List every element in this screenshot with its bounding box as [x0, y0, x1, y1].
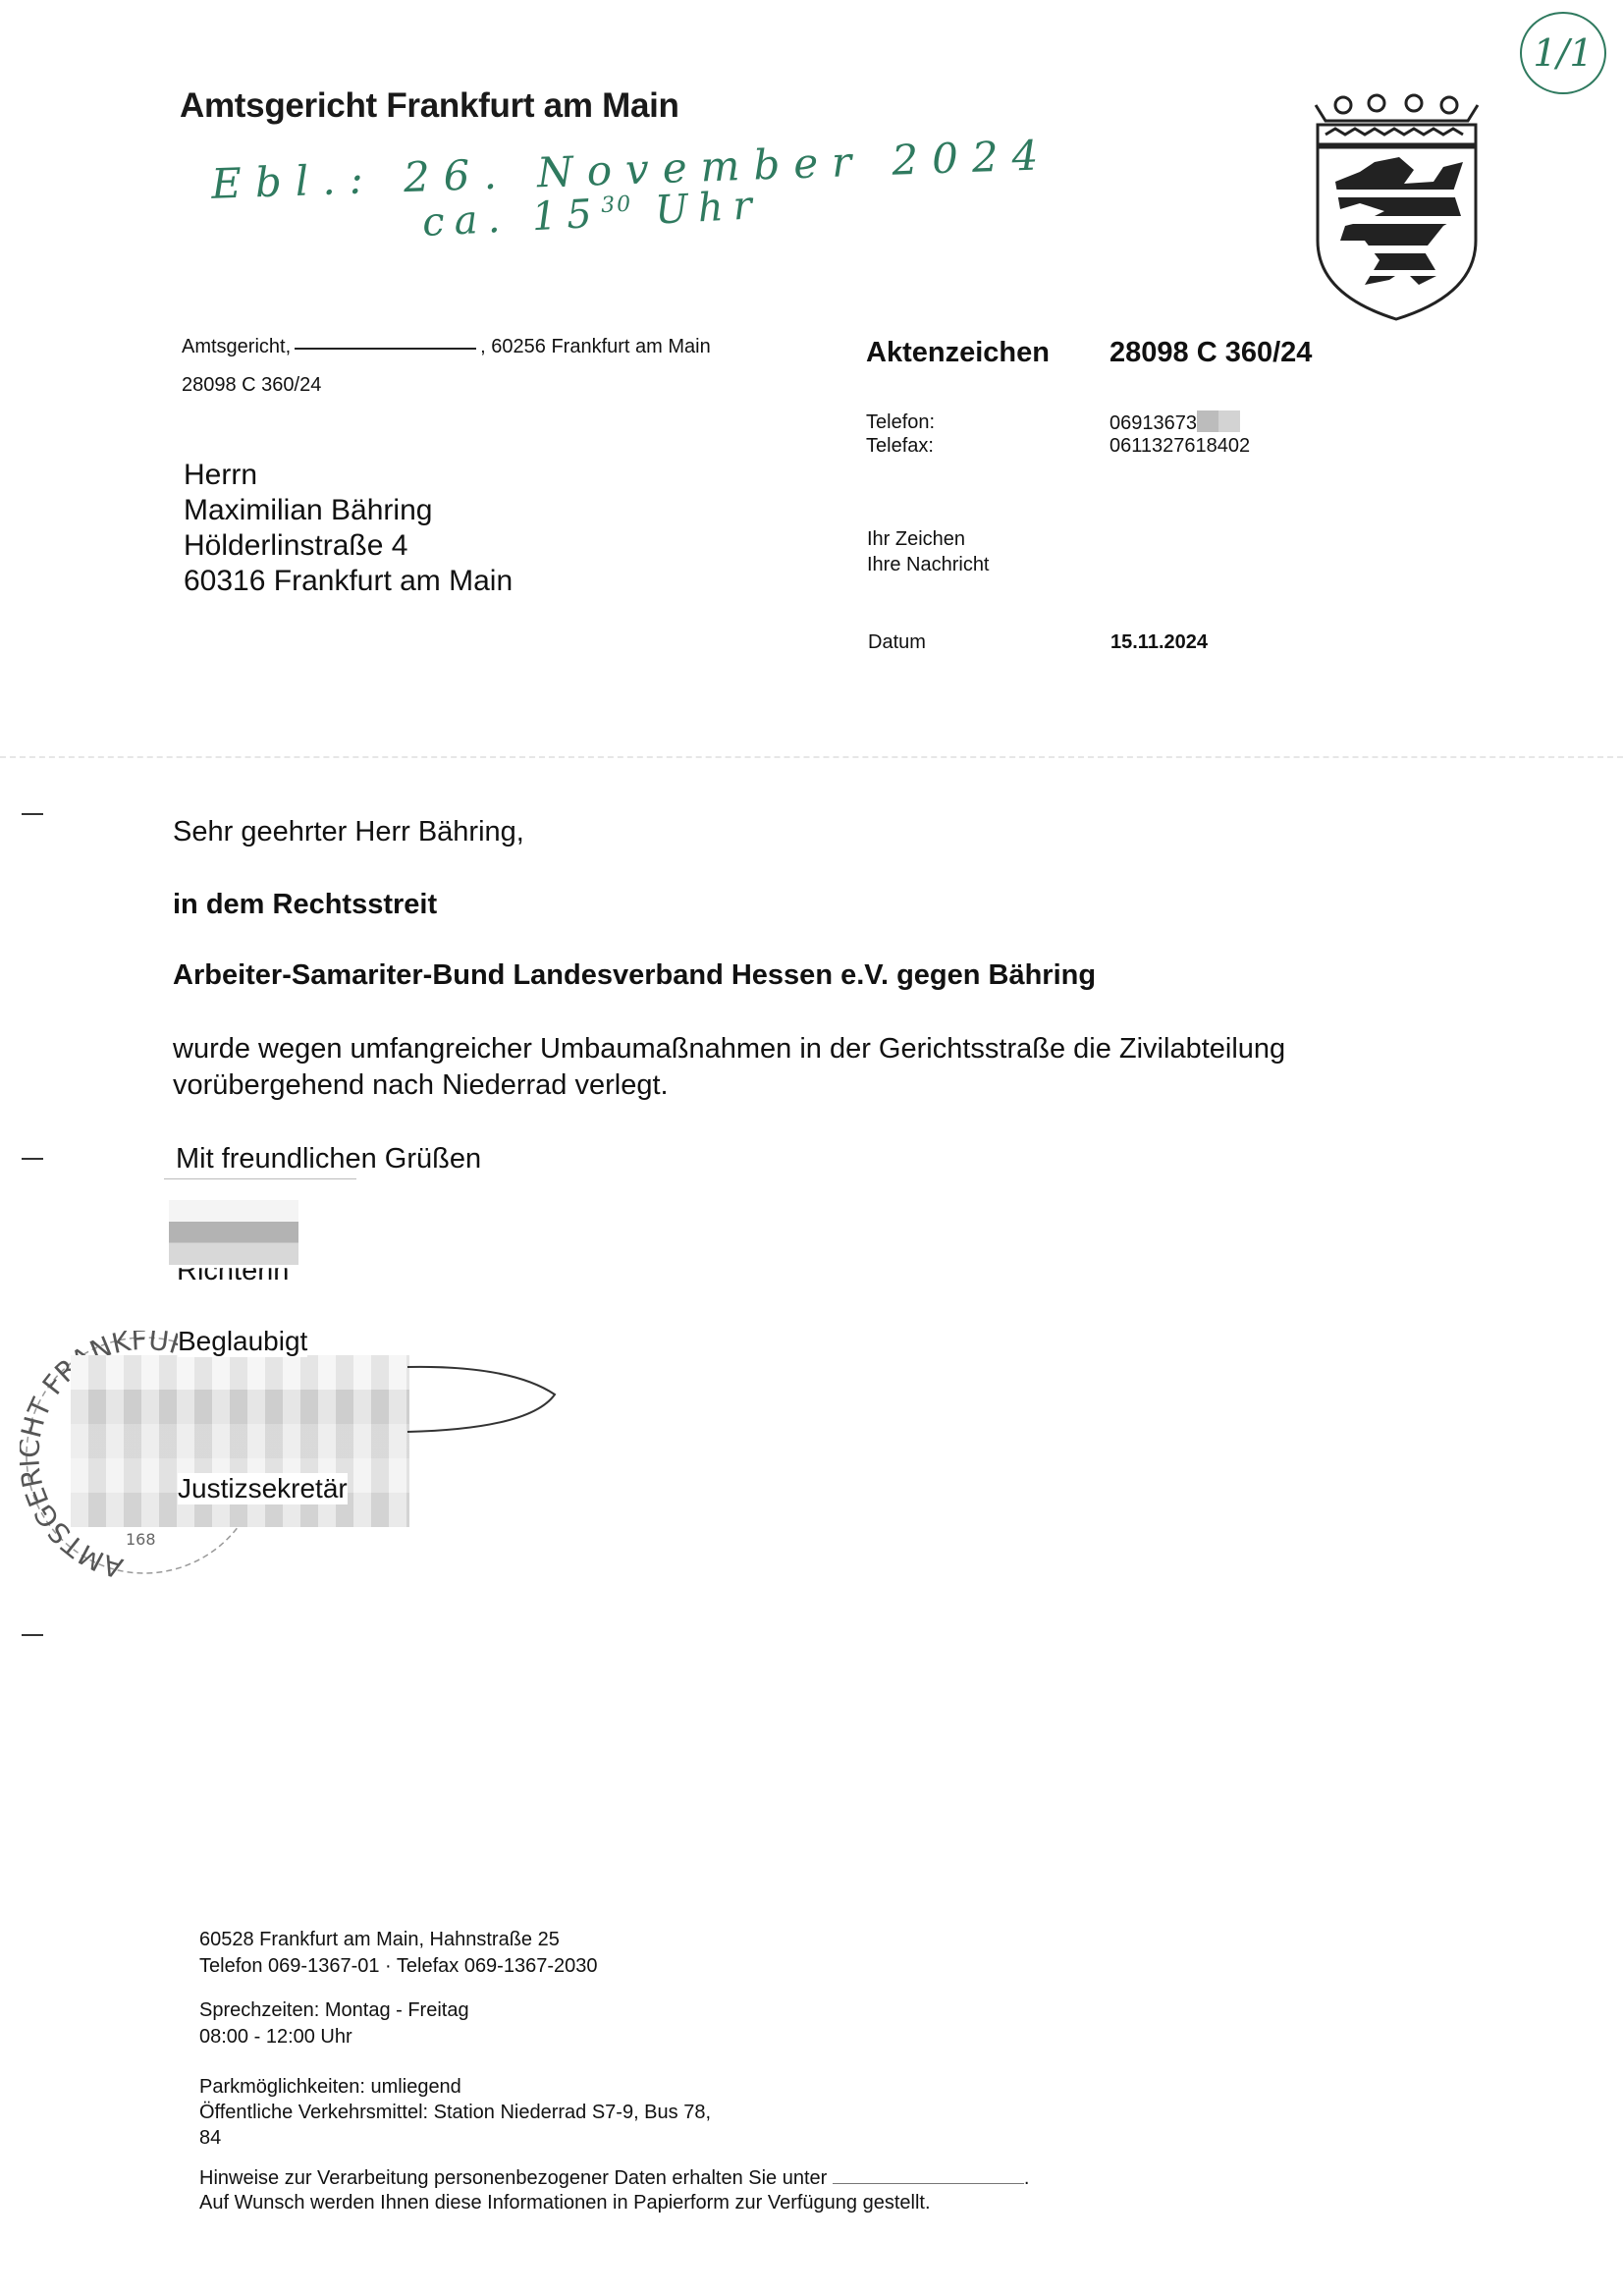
recipient-name: Maximilian Bähring: [184, 493, 513, 528]
footer-transit-line-1: Öffentliche Verkehrsmittel: Station Nied…: [199, 2100, 711, 2125]
footer-transit-line-2: 84: [199, 2125, 221, 2151]
handwritten-time-hour: ca. 15: [421, 191, 603, 246]
datum-value: 15.11.2024: [1110, 630, 1208, 654]
footer-address: 60528 Frankfurt am Main, Hahnstraße 25: [199, 1927, 560, 1952]
recipient-salutation: Herrn: [184, 458, 513, 493]
redacted-block: [1197, 410, 1240, 432]
aktenzeichen-value: 28098 C 360/24: [1109, 337, 1312, 369]
punch-mark: [22, 1158, 43, 1160]
footer-hours: 08:00 - 12:00 Uhr: [199, 2024, 352, 2050]
body-line-1: wurde wegen umfangreicher Umbaumaßnahmen…: [173, 1033, 1285, 1066]
recipient-street: Hölderlinstraße 4: [184, 528, 513, 564]
sender-prefix: Amtsgericht,: [182, 336, 291, 357]
footer-privacy-text: Hinweise zur Verarbeitung personenbezoge…: [199, 2167, 827, 2189]
certifier-role: Justizsekretär: [178, 1473, 348, 1504]
case-parties: Arbeiter-Samariter-Bund Landesverband He…: [173, 959, 1096, 992]
certified-label: Beglaubigt: [178, 1326, 307, 1357]
sender-blank-line: [295, 348, 476, 350]
telefon-number: 06913673: [1109, 412, 1197, 434]
aktenzeichen-label: Aktenzeichen: [866, 337, 1050, 369]
footer-parking: Parkmöglichkeiten: umliegend: [199, 2074, 461, 2100]
greeting: Sehr geehrter Herr Bähring,: [173, 816, 524, 848]
sender-suffix: , 60256 Frankfurt am Main: [480, 336, 711, 357]
telefon-label: Telefon:: [866, 410, 935, 434]
footer-privacy-line-1: Hinweise zur Verarbeitung personenbezoge…: [199, 2165, 1029, 2191]
telefax-label: Telefax:: [866, 434, 934, 458]
footer-privacy-line-2: Auf Wunsch werden Ihnen diese Informatio…: [199, 2190, 931, 2215]
page-marker: 1/1: [1520, 12, 1606, 94]
fold-mark: [22, 813, 43, 815]
recipient-address: Herrn Maximilian Bähring Hölderlinstraße…: [184, 458, 513, 599]
footer-blank-line: [833, 2183, 1024, 2184]
telefax-value: 0611327618402: [1109, 434, 1250, 458]
footer-phone-fax: Telefon 069-1367-01 · Telefax 069-1367-2…: [199, 1953, 598, 1979]
datum-label: Datum: [868, 630, 926, 654]
body-line-2: vorübergehend nach Niederrad verlegt.: [173, 1069, 669, 1102]
stamp-number: 168: [126, 1530, 156, 1549]
fold-mark: [22, 1634, 43, 1636]
handwritten-time-suffix: Uhr: [654, 183, 763, 234]
closing: Mit freundlichen Grüßen: [176, 1143, 481, 1175]
recipient-city: 60316 Frankfurt am Main: [184, 564, 513, 599]
footer-hours-label: Sprechzeiten: Montag - Freitag: [199, 1997, 469, 2023]
hessen-coat-of-arms-icon: [1306, 93, 1488, 324]
fold-line: [0, 756, 1623, 758]
signature-stroke-icon: [403, 1355, 560, 1444]
sender-reference: 28098 C 360/24: [182, 374, 321, 397]
ihr-zeichen-label: Ihr Zeichen: [867, 527, 965, 551]
redacted-signature: [169, 1200, 298, 1265]
case-intro: in dem Rechtsstreit: [173, 889, 437, 921]
closing-underline: [164, 1178, 356, 1179]
telefon-value: 06913673: [1109, 410, 1240, 435]
ihre-nachricht-label: Ihre Nachricht: [867, 553, 990, 576]
court-name: Amtsgericht Frankfurt am Main: [180, 86, 679, 126]
sender-return-address: Amtsgericht,, 60256 Frankfurt am Main: [182, 336, 711, 358]
handwritten-time-minutes: 30: [601, 192, 633, 219]
